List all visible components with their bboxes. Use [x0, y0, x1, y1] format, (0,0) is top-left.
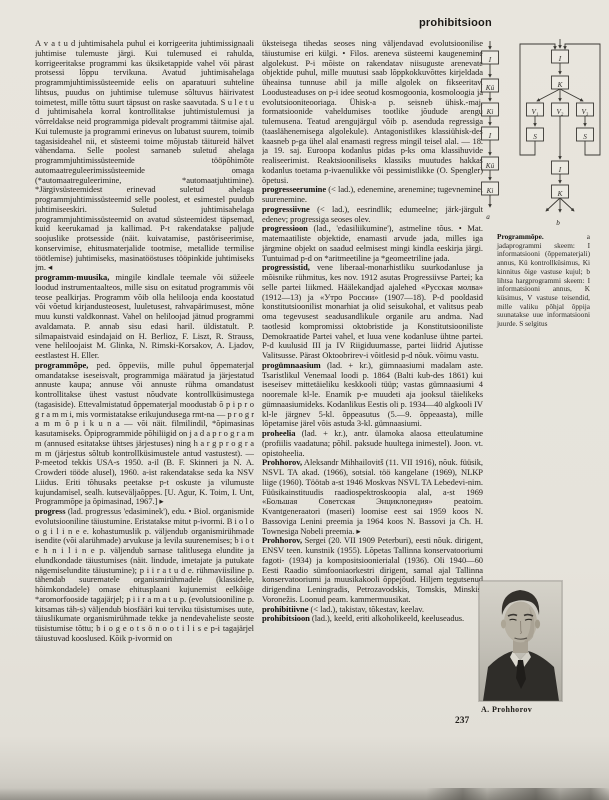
entry-text: (lad. + kr.), antr. ülamoka alaosa etteu… [262, 428, 483, 458]
entry-headword: prohibitiivne [262, 604, 308, 614]
entry-progress-continuation: üksteisega tihedas seoses ning väljendav… [262, 39, 483, 185]
left-column: A v a t u d juhtimisahela puhul ei korri… [35, 39, 254, 733]
diagram-b-label: b [556, 219, 560, 227]
entry-prohhorov-aleksandr: Prohhorov, Aleksandr Mihhailovitš (11. V… [262, 458, 483, 536]
running-head: prohibitsioon [419, 17, 492, 29]
figure-caption-headword: Programmõpe. [497, 232, 544, 241]
entry-text: (< lad.), takistav, tõkestav, keelav. [308, 604, 423, 614]
entry-text: (lad. progressus 'edasiminek'), edu. • B… [35, 506, 254, 643]
programmope-flowchart-diagram: I Kü Ki I Kü Ki a [475, 36, 605, 236]
entry-progressiivne: progressiivne (< lad.), eesrindlik; edum… [262, 205, 483, 225]
entry-text: ped. õppeviis, mille puhul õppematerjal … [35, 360, 254, 507]
entry-headword: progümnaasium [262, 360, 321, 370]
portrait-photo [479, 581, 562, 701]
diagram-node-label: Ki [486, 108, 494, 116]
entry-headword: proheelia [262, 428, 295, 438]
diagram-node-label: S [583, 133, 587, 141]
entry-headword: progress [35, 506, 65, 516]
diagram-node-label: V₂ [557, 108, 564, 116]
entry-prohibitsioon: prohibitsioon (lad.), keeld, eriti alkoh… [262, 614, 483, 624]
figure-caption: Programmõpe. a jadaprogrammi skeem: I in… [497, 233, 590, 329]
entry-headword: progresseerumine [262, 184, 326, 194]
entry-text: (lad. + kr.), gümnaasiumi madalam aste. … [262, 360, 483, 429]
entry-text: Aleksandr Mihhailovitš (11. VII 1916), n… [262, 457, 483, 535]
diagram-node-label: Kü [485, 162, 495, 170]
entry-text: Sergei (20. VII 1909 Peterburi), eesti n… [262, 535, 483, 604]
diagram-node-label: I [558, 55, 562, 63]
entry-text: A v a t u d juhtimisahela puhul ei korri… [35, 39, 254, 272]
diagram-node-label: V₃ [582, 108, 589, 116]
diagram-node-label: Kü [485, 84, 495, 92]
entry-progress: progress (lad. progressus 'edasiminek'),… [35, 507, 254, 644]
entry-progressioon: progressioon (lad., 'edasiliikumine'), a… [262, 224, 483, 263]
entry-headword: programmõpe, [35, 360, 88, 370]
entry-text: vene liberaal-monarhistliku suurkodanlus… [262, 262, 483, 360]
scan-bottom-edge [0, 788, 609, 800]
entry-headword: Prohhorov, [262, 535, 302, 545]
entry-programm-muusika: programm-muusika, mingile kindlale teema… [35, 273, 254, 361]
right-column: üksteisega tihedas seoses ning väljendav… [262, 39, 483, 733]
photo-caption: A. Prohhorov [481, 705, 532, 714]
entry-headword: programm-muusika, [35, 272, 109, 282]
entry-proheelia: proheelia (lad. + kr.), antr. ülamoka al… [262, 429, 483, 458]
entry-headword: progressistid, [262, 262, 310, 272]
page-number: 237 [455, 716, 469, 726]
diagram-a-chain: I Kü Ki I Kü Ki a [482, 41, 499, 221]
entry-headword: progressioon [262, 223, 308, 233]
entry-text: (lad.), keeld, eriti alkoholikeeld, keel… [310, 613, 464, 623]
figure-caption-text: a jadaprogrammi skeem: I informatsiooni … [497, 232, 590, 328]
diagram-node-label: I [488, 56, 492, 64]
entry-progumnaasium: progümnaasium (lad. + kr.), gümnaasiumi … [262, 361, 483, 429]
entry-headword: Prohhorov, [262, 457, 302, 467]
diagram-node-label: I [558, 166, 562, 174]
entry-headword: prohibitsioon [262, 613, 310, 623]
diagram-node-label: Ki [486, 187, 494, 195]
diagram-node-label: V₁ [532, 108, 539, 116]
entry-progresseerumine: progresseerumine (< lad.), edenemine, ar… [262, 185, 483, 205]
entry-prohhorov-sergei: Prohhorov, Sergei (20. VII 1909 Peterbur… [262, 536, 483, 604]
entry-text: üksteisega tihedas seoses ning väljendav… [262, 39, 483, 185]
entry-continuation: A v a t u d juhtimisahela puhul ei korri… [35, 39, 254, 273]
encyclopedia-page: prohibitsioon A v a t u d juhtimisahela … [0, 0, 609, 800]
entry-text: mingile kindlale teemale või süžeele loo… [35, 272, 254, 360]
entry-programmope: programmõpe, ped. õppeviis, mille puhul … [35, 361, 254, 507]
diagram-a-label: a [486, 213, 490, 221]
diagram-node-label: S [533, 133, 537, 141]
entry-headword: progressiivne [262, 204, 310, 214]
diagram-node-label: I [488, 132, 492, 140]
diagram-b-chain: I K V₁ V₂ V₃ S S I K b [520, 39, 600, 227]
entry-progressistid: progressistid, vene liberaal-monarhistli… [262, 263, 483, 361]
